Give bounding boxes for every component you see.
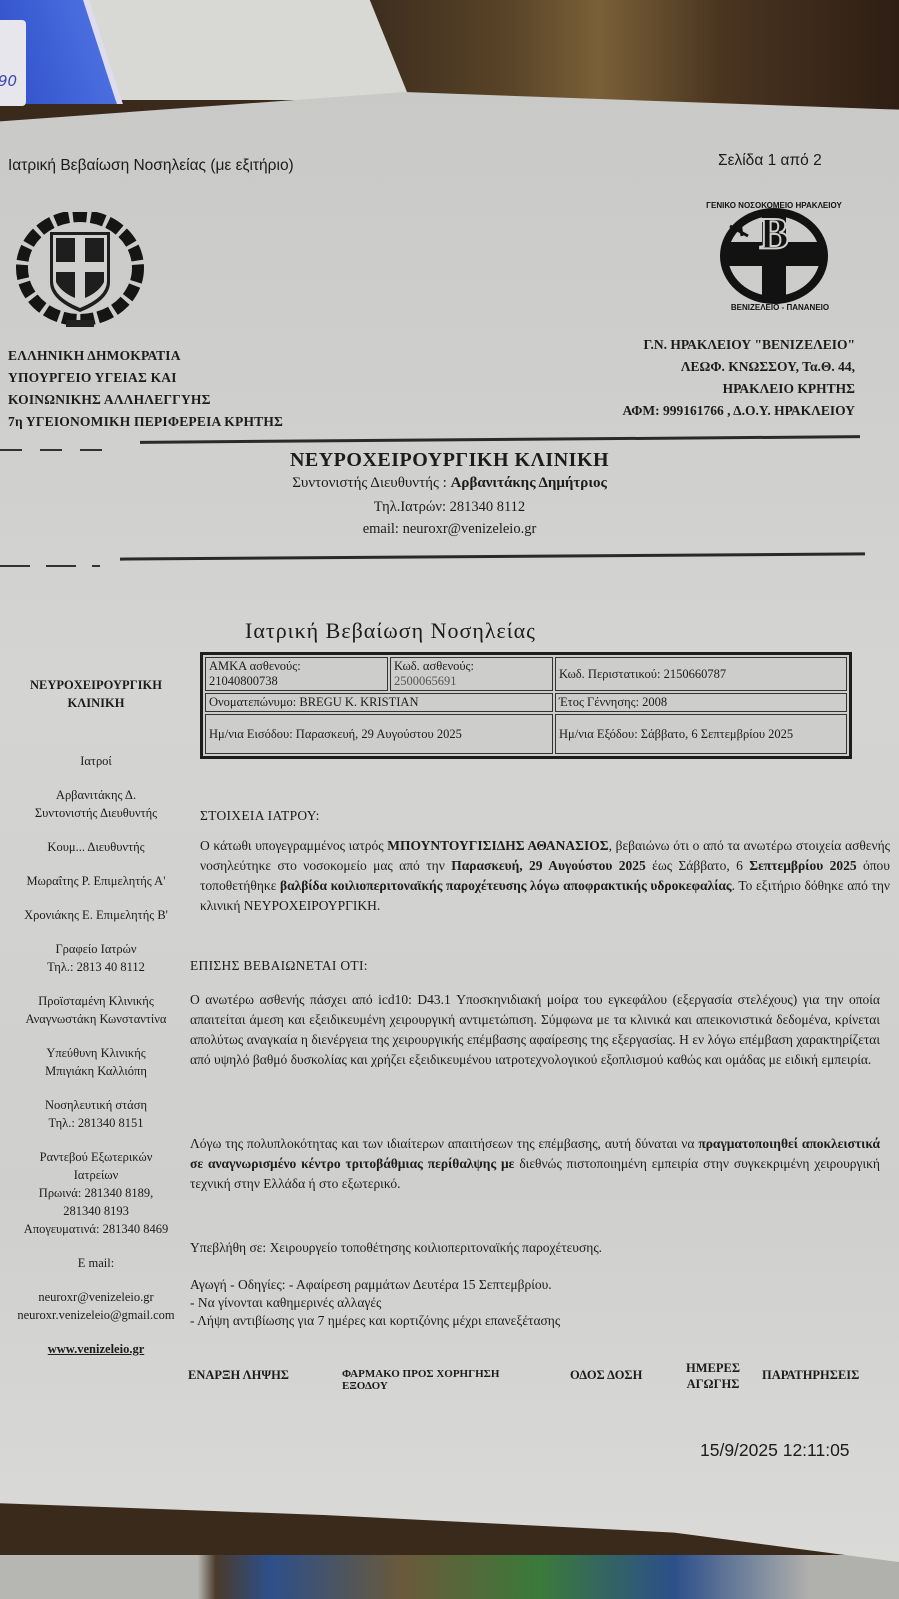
coordinator-label: Συντονιστής Διευθυντής : [292, 475, 450, 491]
sidebar-section: Ιατροί [2, 752, 190, 770]
also-certified-heading: ΕΠΙΣΗΣ ΒΕΒΑΙΩΝΕΤΑΙ ΟΤΙ: [190, 958, 368, 974]
svg-text:ΒΕΝΙΖΕΛΕΙΟ - ΠΑΝΑΝΕΙΟ: ΒΕΝΙΖΕΛΕΙΟ - ΠΑΝΑΝΕΙΟ [731, 303, 829, 312]
med-header-route-dose: ΟΔΟΣ ΔΟΣΗ [570, 1368, 642, 1383]
issuer-left-line: 7η ΥΓΕΙΟΝΟΜΙΚΗ ΠΕΡΙΦΕΡΕΙΑ ΚΡΗΤΗΣ [8, 411, 283, 433]
sidebar-section: E mail: [2, 1254, 190, 1272]
sidebar-section: Προϊσταμένη ΚλινικήςΑναγνωστάκη Κωνσταντ… [2, 992, 190, 1028]
sidebar-line: neuroxr.venizeleio@gmail.com [2, 1306, 190, 1324]
full-name-cell: Ονοματεπώνυμο: BREGU K. KRISTIAN [205, 693, 553, 712]
sidebar-section: Χρονιάκης Ε. Επιμελητής Β' [2, 906, 190, 924]
sidebar-line: Αρβανιτάκης Δ. [2, 786, 190, 804]
document-type-header: Ιατρική Βεβαίωση Νοσηλείας (με εξιτήριο) [8, 157, 294, 175]
instruction-item: - Να γίνονται καθημερινές αλλαγές [190, 1294, 880, 1312]
department-phone: Τηλ.Ιατρών: 281340 8112 [0, 499, 899, 516]
background-bottom-objects [0, 1555, 899, 1599]
episode-code-cell: Κωδ. Περιστατικού: 2150660787 [555, 657, 847, 691]
sidebar-section: Κουμ... Διευθυντής [2, 838, 190, 856]
sidebar-section: neuroxr@venizeleio.grneuroxr.venizeleio@… [2, 1288, 190, 1324]
sidebar-section: Υπεύθυνη ΚλινικήςΜπιγιάκη Καλλιόπη [2, 1044, 190, 1080]
sidebar-line: Τηλ.: 2813 40 8112 [2, 958, 190, 976]
procedure-text: βαλβίδα κοιλιοπεριτοναϊκής παροχέτευσης … [280, 878, 732, 893]
document-title: Ιατρική Βεβαίωση Νοσηλείας [245, 618, 536, 644]
admission-date-cell: Ημ/νια Εισόδου: Παρασκευή, 29 Αυγούστου … [205, 714, 553, 754]
sidebar-line: ΝΕΥΡΟΧΕΙΡΟΥΡΓΙΚΗ [2, 676, 190, 694]
sidebar-line: Ραντεβού Εξωτερικών [2, 1148, 190, 1166]
sidebar-staff-column: ΝΕΥΡΟΧΕΙΡΟΥΡΓΙΚΗΚΛΙΝΙΚΗΙατροίΑρβανιτάκης… [2, 676, 190, 1374]
discharge-date-cell: Ημ/νια Εξόδου: Σάββατο, 6 Σεπτεμβρίου 20… [555, 714, 847, 754]
sidebar-section: Γραφείο ΙατρώνΤηλ.: 2813 40 8112 [2, 940, 190, 976]
diagnosis-paragraph: Ο ανωτέρω ασθενής πάσχει από icd10: D43.… [190, 990, 880, 1070]
page-indicator: Σελίδα 1 από 2 [718, 152, 822, 170]
department-email: email: neuroxr@venizeleio.gr [0, 521, 899, 538]
issuer-right-line: ΛΕΩΦ. ΚΝΩΣΣΟΥ, Τα.Θ. 44, [550, 356, 855, 378]
referral-text: Λόγω της πολυπλοκότητας και των ιδιαίτερ… [190, 1136, 698, 1151]
hospital-logo-icon: B ΓΕΝΙΚΟ ΝΟΣΟΚΟΜΕΙΟ ΗΡΑΚΛΕΙΟΥ ΒΕΝΙΖΕΛΕΙΟ… [700, 196, 844, 314]
issuer-left-line: ΕΛΛΗΝΙΚΗ ΔΗΜΟΚΡΑΤΙΑ [8, 345, 283, 367]
sidebar-line: Μπιγιάκη Καλλιόπη [2, 1062, 190, 1080]
sidebar-line: Χρονιάκης Ε. Επιμελητής Β' [2, 906, 190, 924]
doctor-name: ΜΠΟΥΝΤΟΥΓΙΣΙΔΗΣ ΑΘΑΝΑΣΙΟΣ [387, 838, 608, 853]
coordinator-name: Αρβανιτάκης Δημήτριος [451, 475, 607, 491]
department-title: ΝΕΥΡΟΧΕΙΡΟΥΡΓΙΚΗ ΚΛΙΝΙΚΗ [0, 449, 899, 472]
sidebar-line: Πρωινά: 281340 8189, [2, 1184, 190, 1202]
doctor-statement: Ο κάτωθι υπογεγραμμένος ιατρός ΜΠΟΥΝΤΟΥΓ… [200, 836, 890, 916]
sidebar-line: Κουμ... Διευθυντής [2, 838, 190, 856]
patient-code-label: Κωδ. ασθενούς: [394, 659, 549, 674]
med-header-drug: ΦΑΡΜΑΚΟ ΠΡΟΣ ΧΟΡΗΓΗΣΗ ΕΞΟΔΟΥ [342, 1368, 532, 1392]
sidebar-line: Νοσηλευτική στάση [2, 1096, 190, 1114]
issuer-left-block: ΕΛΛΗΝΙΚΗ ΔΗΜΟΚΡΑΤΙΑ ΥΠΟΥΡΓΕΙΟ ΥΓΕΙΑΣ ΚΑΙ… [8, 345, 283, 433]
sidebar-line: neuroxr@venizeleio.gr [2, 1288, 190, 1306]
patient-code-cell: Κωδ. ασθενούς:2500065691 [390, 657, 553, 691]
surgery-performed: Υπεβλήθη σε: Χειρουργείο τοποθέτησης κοι… [190, 1238, 880, 1258]
website-link[interactable]: www.venizeleio.gr [2, 1340, 190, 1358]
med-header-days: ΗΜΕΡΕΣ ΑΓΩΓΗΣ [676, 1360, 750, 1392]
stay-to-date: Σεπτεμβρίου 2025 [749, 858, 856, 873]
department-divider-dashes [0, 565, 100, 567]
instructions-list: Αγωγή - Οδηγίες: - Αφαίρεση ραμμάτων Δευ… [190, 1276, 880, 1330]
svg-text:ΓΕΝΙΚΟ ΝΟΣΟΚΟΜΕΙΟ ΗΡΑΚΛΕΙΟΥ: ΓΕΝΙΚΟ ΝΟΣΟΚΟΜΕΙΟ ΗΡΑΚΛΕΙΟΥ [706, 201, 842, 210]
referral-paragraph: Λόγω της πολυπλοκότητας και των ιδιαίτερ… [190, 1134, 880, 1194]
patient-info-table: ΑΜΚΑ ασθενούς:21040800738 Κωδ. ασθενούς:… [200, 652, 852, 759]
amka-cell: ΑΜΚΑ ασθενούς:21040800738 [205, 657, 388, 691]
issuer-right-line: ΗΡΑΚΛΕΙΟ ΚΡΗΤΗΣ [550, 378, 855, 400]
issuer-right-block: Γ.Ν. ΗΡΑΚΛΕΙΟΥ "ΒΕΝΙΖΕΛΕΙΟ" ΛΕΩΦ. ΚΝΩΣΣΟ… [550, 334, 855, 422]
sidebar-line: Τηλ.: 281340 8151 [2, 1114, 190, 1132]
stay-from-date: Παρασκευή, 29 Αυγούστου 2025 [451, 858, 646, 873]
sidebar-line: Συντονιστής Διευθυντής [2, 804, 190, 822]
sidebar-line: Υπεύθυνη Κλινικής [2, 1044, 190, 1062]
department-coordinator: Συντονιστής Διευθυντής : Αρβανιτάκης Δημ… [0, 475, 899, 492]
issuer-left-line: ΚΟΙΝΩΝΙΚΗΣ ΑΛΛΗΛΕΓΓΥΗΣ [8, 389, 283, 411]
issuer-left-line: ΥΠΟΥΡΓΕΙΟ ΥΓΕΙΑΣ ΚΑΙ [8, 367, 283, 389]
sidebar-line: Προϊσταμένη Κλινικής [2, 992, 190, 1010]
instruction-item: Αγωγή - Οδηγίες: - Αφαίρεση ραμμάτων Δευ… [190, 1276, 880, 1294]
sidebar-line: E mail: [2, 1254, 190, 1272]
sidebar-line: Ιατρείων [2, 1166, 190, 1184]
issuer-right-line: Γ.Ν. ΗΡΑΚΛΕΙΟΥ "ΒΕΝΙΖΕΛΕΙΟ" [550, 334, 855, 356]
statement-text: Ο κάτωθι υπογεγραμμένος ιατρός [200, 838, 387, 853]
instruction-item: - Λήψη αντιβίωσης για 7 ημέρες και κορτι… [190, 1312, 880, 1330]
sidebar-line: Απογευματινά: 281340 8469 [2, 1220, 190, 1238]
sidebar-section: Νοσηλευτική στάσηΤηλ.: 281340 8151 [2, 1096, 190, 1132]
med-header-start: ΕΝΑΡΞΗ ΛΗΨΗΣ [188, 1368, 289, 1383]
sidebar-line: Γραφείο Ιατρών [2, 940, 190, 958]
greek-state-emblem-icon [16, 212, 144, 330]
sidebar-line: 281340 8193 [2, 1202, 190, 1220]
amka-label: ΑΜΚΑ ασθενούς: [209, 659, 384, 674]
sidebar-section: www.venizeleio.gr [2, 1340, 190, 1358]
sidebar-line: Ιατροί [2, 752, 190, 770]
issuer-right-line: ΑΦΜ: 999161766 , Δ.Ο.Υ. ΗΡΑΚΛΕΙΟΥ [550, 400, 855, 422]
amka-value: 21040800738 [209, 674, 384, 689]
svg-text:B: B [759, 209, 788, 258]
sidebar-line: ΚΛΙΝΙΚΗ [2, 694, 190, 712]
background-sticky-note: 90 [0, 20, 26, 106]
sidebar-section: Ραντεβού ΕξωτερικώνΙατρείωνΠρωινά: 28134… [2, 1148, 190, 1238]
doctor-section-heading: ΣΤΟΙΧΕΙΑ ΙΑΤΡΟΥ: [200, 808, 320, 824]
birth-year-cell: Έτος Γέννησης: 2008 [555, 693, 847, 712]
sidebar-section: ΝΕΥΡΟΧΕΙΡΟΥΡΓΙΚΗΚΛΙΝΙΚΗ [2, 676, 190, 712]
sidebar-line: Μωραΐτης Ρ. Επιμελητής Α' [2, 872, 190, 890]
sidebar-line: Αναγνωστάκη Κωνσταντίνα [2, 1010, 190, 1028]
sidebar-section: Αρβανιτάκης Δ.Συντονιστής Διευθυντής [2, 786, 190, 822]
patient-code-value: 2500065691 [394, 674, 549, 689]
sidebar-section: Μωραΐτης Ρ. Επιμελητής Α' [2, 872, 190, 890]
sticky-note-text: 90 [0, 72, 17, 90]
med-header-notes: ΠΑΡΑΤΗΡΗΣΕΙΣ [762, 1368, 859, 1383]
statement-text: έως Σάββατο, 6 [646, 858, 750, 873]
print-timestamp: 15/9/2025 12:11:05 [700, 1440, 850, 1461]
